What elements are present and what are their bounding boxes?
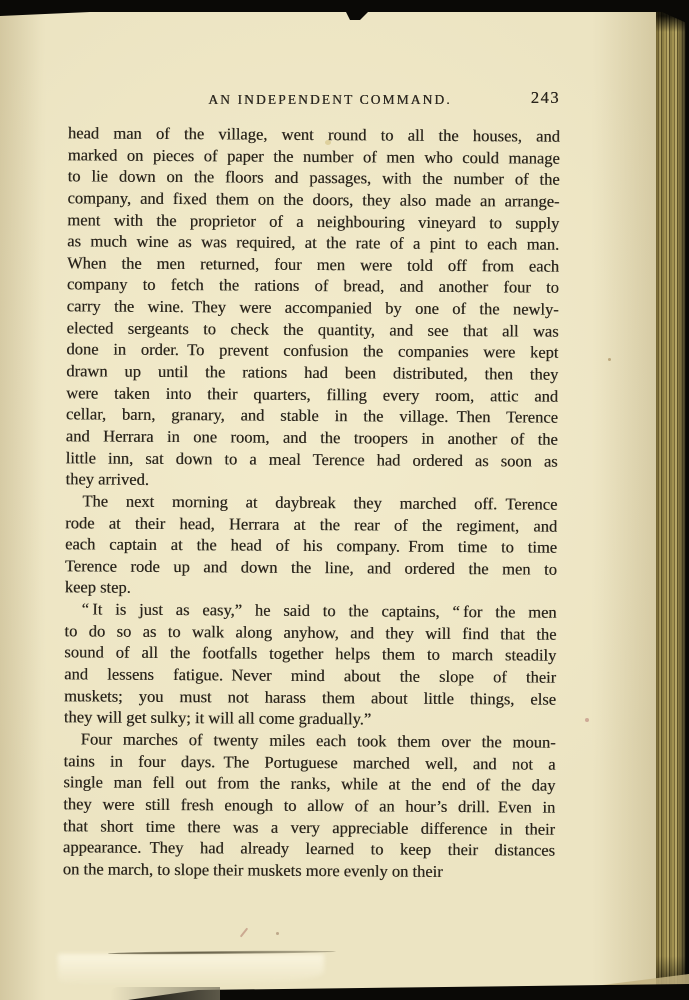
page-curl-highlight [58,954,324,986]
text-line: The next morning at daybreak they marche… [65,490,557,515]
text-line: appearance. They had already learned to … [63,836,555,861]
book-page-edges [656,6,689,992]
page-number: 243 [531,88,560,108]
paper-gutter-shading [591,0,661,1000]
page-text: head man of the village, went round to a… [63,122,560,883]
text-line: on the march, to slope their muskets mor… [63,858,555,883]
running-head-title: AN INDEPENDENT COMMAND. [208,92,451,108]
paper-speck [325,140,331,145]
text-line: “ It is just as easy,” he said to the ca… [65,598,557,623]
text-line: carry the wine. They were accompanied by… [67,295,559,320]
paper-speck [608,358,611,361]
paper-speck [276,932,279,935]
text-line: each captain at the head of his company.… [65,533,557,558]
text-line: company, and fixed them on the doors, th… [67,187,559,212]
running-head: AN INDEPENDENT COMMAND. 243 [68,88,560,110]
book-scan: AN INDEPENDENT COMMAND. 243 head man of … [0,0,689,1000]
paper-speck [585,718,589,722]
paper-left-shading [0,0,46,1000]
text-line: and lessens fatigue. Never mind about th… [64,663,556,688]
text-line: head man of the village, went round to a… [68,122,560,147]
text-line: Terence rode up and down the line, and o… [65,555,557,580]
text-line: and Herrara in one room, and the trooper… [66,425,558,450]
scan-bottom-shadow [110,987,220,1000]
text-line: they were still fresh enough to allow of… [63,793,555,818]
text-line: drawn up until the rations had been dist… [66,360,558,385]
text-line: Four marches of twenty miles each took t… [64,728,556,753]
